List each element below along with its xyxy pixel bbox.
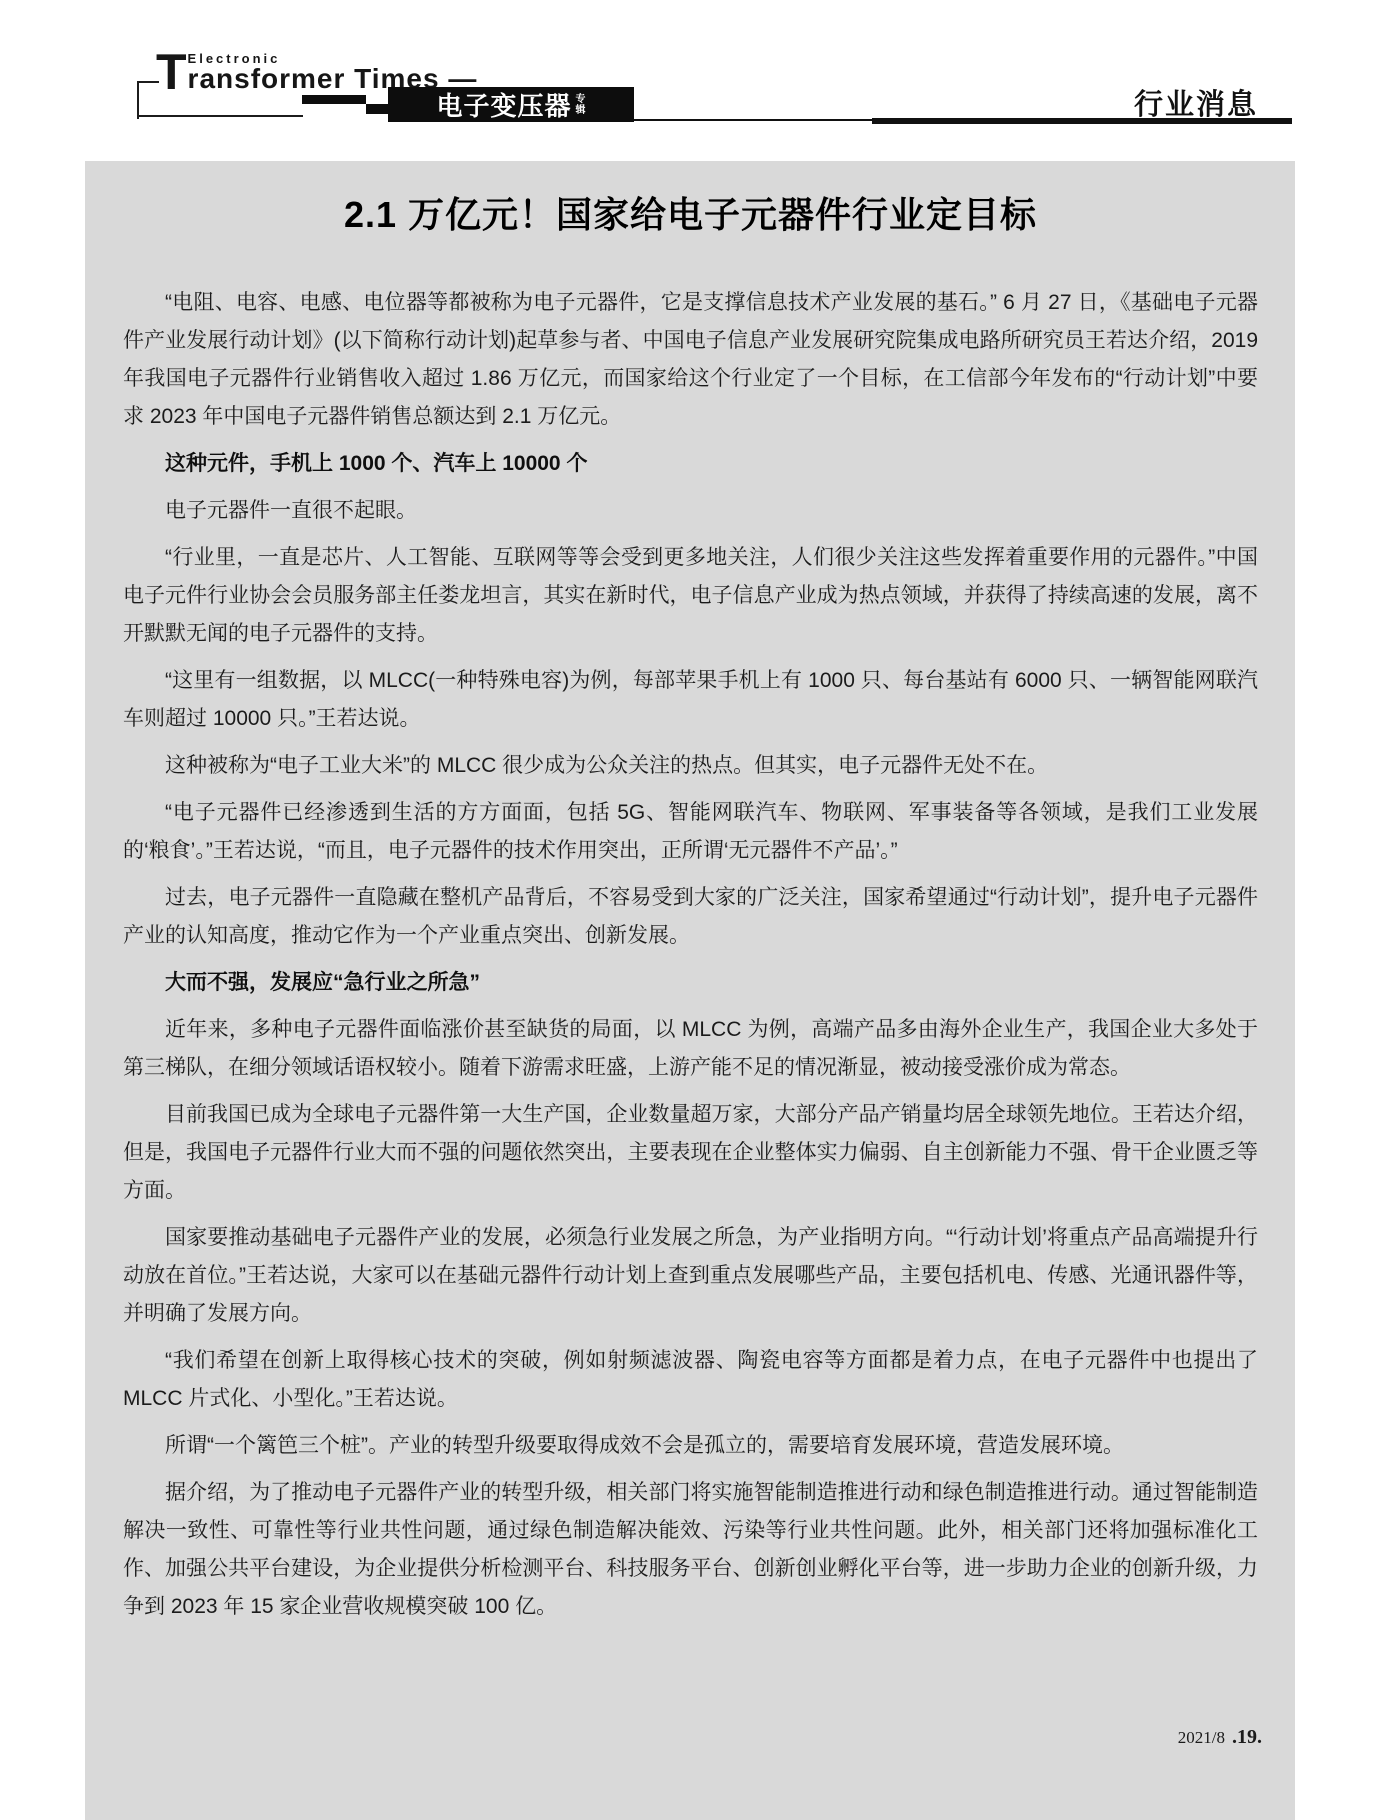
article-body: “电阻、电容、电感、电位器等都被称为电子元器件，它是支撑信息技术产业发展的基石。… [123,284,1258,1626]
magazine-banner: 电子变压器 专 辑 [388,87,634,122]
footer-issue: 2021/8 [1178,1728,1225,1748]
article-paragraph: “这里有一组数据，以 MLCC(一种特殊电容)为例，每部苹果手机上有 1000 … [123,662,1258,738]
content-area: 2.1 万亿元！国家给电子元器件行业定目标 “电阻、电容、电感、电位器等都被称为… [85,161,1295,1820]
footer-page-number: .19. [1232,1726,1262,1749]
article-paragraph: “电子元器件已经渗透到生活的方方面面，包括 5G、智能网联汽车、物联网、军事装备… [123,794,1258,870]
logo-initial: T [156,50,187,94]
banner-suffix-bottom: 辑 [576,105,586,116]
banner-suffix: 专 辑 [576,94,586,116]
banner-step-decoration [302,95,366,104]
article-paragraph: “我们希望在创新上取得核心技术的突破，例如射频滤波器、陶瓷电容等方面都是着力点，… [123,1342,1258,1418]
article-paragraph: 目前我国已成为全球电子元器件第一大生产国，企业数量超万家，大部分产品产销量均居全… [123,1096,1258,1210]
page-footer: 2021/8 .19. [1178,1726,1262,1749]
banner-title: 电子变压器 [436,86,571,123]
header-thin-rule-left [138,115,303,117]
banner-suffix-top: 专 [576,94,586,105]
article-paragraph: 据介绍，为了推动电子元器件产业的转型升级，相关部门将实施智能制造推进行动和绿色制… [123,1474,1258,1626]
banner-step-decoration [366,104,388,114]
section-label: 行业消息 [1134,82,1258,123]
article-paragraph: 电子元器件一直很不起眼。 [123,492,1258,530]
article-paragraph: “电阻、电容、电感、电位器等都被称为电子元器件，它是支撑信息技术产业发展的基石。… [123,284,1258,436]
article-paragraph: 所谓“一个篱笆三个桩”。产业的转型升级要取得成效不会是孤立的，需要培育发展环境，… [123,1427,1258,1465]
article-paragraph: 过去，电子元器件一直隐藏在整机产品背后，不容易受到大家的广泛关注，国家希望通过“… [123,879,1258,955]
article-paragraph: 近年来，多种电子元器件面临涨价甚至缺货的局面，以 MLCC 为例，高端产品多由海… [123,1011,1258,1087]
article-paragraph: 这种被称为“电子工业大米”的 MLCC 很少成为公众关注的热点。但其实，电子元器… [123,747,1258,785]
article-paragraph: 国家要推动基础电子元器件产业的发展，必须急行业发展之所急，为产业指明方向。“‘行… [123,1219,1258,1333]
article-paragraph: “行业里，一直是芯片、人工智能、互联网等等会受到更多地关注，人们很少关注这些发挥… [123,539,1258,653]
article-subheading: 这种元件，手机上 1000 个、汽车上 10000 个 [123,445,1258,483]
article-title: 2.1 万亿元！国家给电子元器件行业定目标 [123,187,1258,238]
header-thin-rule-right [634,119,874,121]
article-subheading: 大而不强，发展应“急行业之所急” [123,964,1258,1002]
